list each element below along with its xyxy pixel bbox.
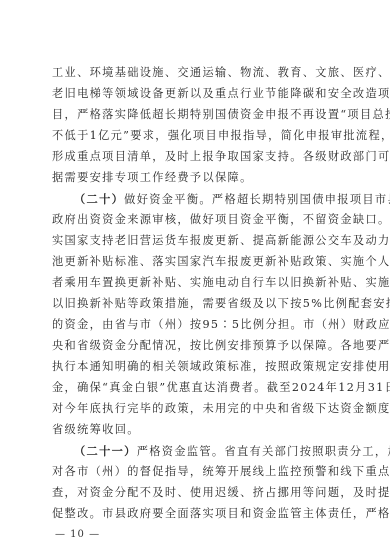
section-20-heading: （二十） — [74, 192, 124, 206]
text-line: 促整改。市县政府要全面落实项目和资金监管主体责任，严格管 — [52, 507, 338, 521]
section-20-line: （二十）做好资金平衡。严格超长期特别国债申报项目市县 — [74, 192, 338, 207]
section-20-first-line: 做好资金平衡。严格超长期特别国债申报项目市县 — [124, 193, 390, 206]
text-line: 老旧电梯等领域设备更新以及重点行业节能降碳和安全改造项 — [52, 87, 338, 101]
text-line: 以旧换新补贴等政策措施，需要省级及以下按5%比例配套安排 — [52, 297, 338, 311]
text-line: 不低于1亿元”要求，强化项目申报指导，简化申报审批流程，梳理 — [52, 129, 338, 143]
document-page: 工业、环境基础设施、交通运输、物流、教育、文旅、医疗、能源电力、 老旧电梯等领域… — [0, 0, 390, 551]
text-line: 据需要安排专项工作经费予以保障。 — [52, 171, 338, 185]
text-line: 实国家支持老旧营运货车报废更新、提高新能源公交车及动力电 — [52, 234, 338, 248]
text-line: 查，对资金分配不及时、使用迟缓、挤占挪用等问题，及时提醒并督 — [52, 486, 338, 500]
text-line: 央和省级资金分配情况，按比例安排预算予以保障。各地要严格 — [52, 339, 338, 353]
page-number: — 10 — — [55, 529, 100, 540]
text-line: 形成重点项目清单，及时上报争取国家支持。各级财政部门可根 — [52, 150, 338, 164]
text-line: 对今年底执行完毕的政策，未用完的中央和省级下达资金额度，由 — [52, 402, 338, 416]
text-line: 目，严格落实降低超长期特别国债资金申报不再设置“项目总投资 — [52, 108, 338, 122]
text-line: 的资金，由省与市（州）按95∶5比例分担。市（州）财政应根据中 — [52, 318, 338, 332]
text-line: 执行本通知明确的相关领域政策标准，按照政策规定安排使用资 — [52, 360, 338, 374]
text-line: 金，确保“真金白银”优惠直达消费者。截至2024年12月31日， — [52, 381, 338, 395]
text-line: 省级统筹收回。 — [52, 423, 338, 437]
section-21-first-line: 严格资金监管。省直有关部门按照职责分工，加强 — [137, 445, 390, 458]
text-line: 池更新补贴标准、落实国家汽车报废更新补贴政策、实施个人消费 — [52, 255, 338, 269]
text-line: 者乘用车置换更新补贴、实施电动自行车以旧换新补贴、实施家电 — [52, 276, 338, 290]
text-line: 政府出资资金来源审核，做好项目资金平衡，不留资金缺口。对落 — [52, 213, 338, 227]
section-21-heading: （二十一） — [74, 444, 137, 458]
text-line: 对各市（州）的督促指导，统筹开展线上监控预警和线下重点抽 — [52, 465, 338, 479]
section-21-line: （二十一）严格资金监管。省直有关部门按照职责分工，加强 — [74, 444, 338, 459]
text-line: 工业、环境基础设施、交通运输、物流、教育、文旅、医疗、能源电力、 — [52, 66, 338, 80]
